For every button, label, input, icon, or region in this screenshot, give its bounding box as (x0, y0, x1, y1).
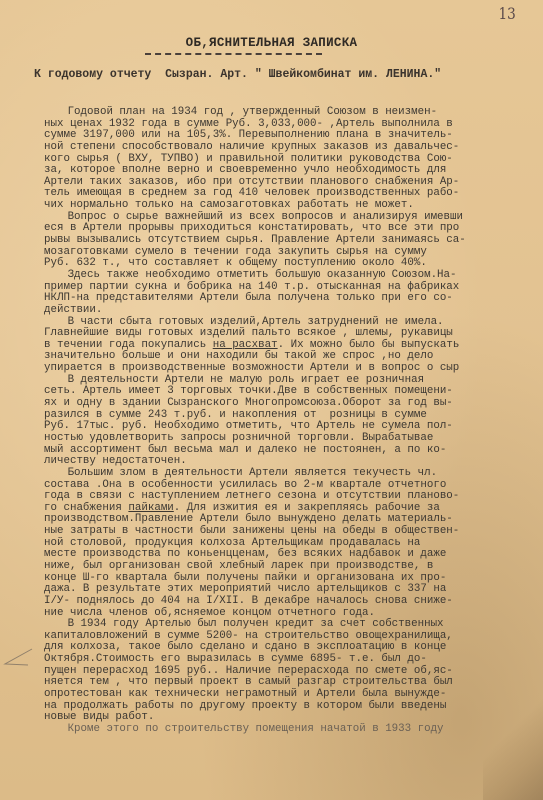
document-title: ОБ,ЯСНИТЕЛЬНАЯ ЗАПИСКА (0, 36, 543, 50)
paragraph: Годовой план на 1934 год , утвержденный … (44, 107, 522, 212)
paragraph: В деятельности Артели не малую роль игра… (44, 375, 522, 468)
paragraph: В части сбыта готовых изделий,Артель зат… (44, 317, 522, 375)
archive-page-number: 13 (499, 4, 516, 23)
paragraph: Большим злом в деятельности Артели являе… (44, 468, 522, 619)
paragraph: Здесь также необходимо отметить большую … (44, 270, 522, 317)
paragraph: Вопрос о сырье важнейший из всех вопросо… (44, 212, 522, 270)
text-line: Кроме этого по строительству помещения н… (44, 724, 513, 736)
paragraph: В 1934 году Артелью был получен кредит з… (44, 619, 522, 724)
document-body: Годовой план на 1934 год , утвержденный … (44, 107, 522, 736)
document-page: 13 ОБ,ЯСНИТЕЛЬНАЯ ЗАПИСКА К годовому отч… (0, 0, 543, 800)
paragraph: Кроме этого по строительству помещения н… (44, 724, 522, 736)
title-underline (145, 53, 322, 55)
underlined-phrase: на расхват (213, 339, 278, 351)
pencil-margin-mark-icon (2, 648, 34, 668)
text-line: НКЛП-на представителями Артели была полу… (44, 293, 514, 305)
document-subtitle: К годовому отчету Сызран. Арт. " Швейком… (34, 68, 441, 81)
underlined-phrase: пайками (128, 502, 173, 514)
